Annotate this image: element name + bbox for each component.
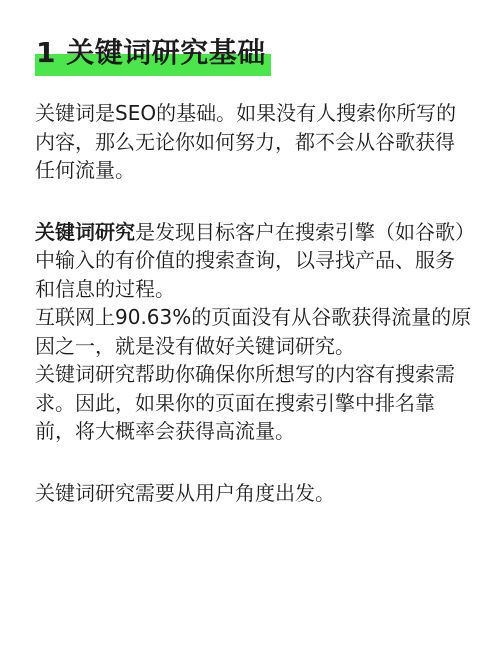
- keyword-research-bold-lead: 关键词研究: [35, 220, 135, 244]
- paragraph-keyword-intro: 关键词是SEO的基础。如果没有人搜索你所写的内容，那么无论你如何努力，都不会从谷…: [35, 99, 474, 185]
- paragraph-user-perspective: 关键词研究需要从用户角度出发。: [35, 479, 474, 508]
- article-page: 1 关键词研究基础 关键词是SEO的基础。如果没有人搜索你所写的内容，那么无论你…: [0, 0, 500, 658]
- paragraph-keyword-definition: 关键词研究是发现目标客户在搜索引擎（如谷歌）中输入的有价值的搜索查询，以寻找产品…: [35, 218, 474, 304]
- page-title: 1 关键词研究基础: [35, 34, 474, 72]
- paragraph-benefit: 关键词研究帮助你确保你所想写的内容有搜索需求。因此，如果你的页面在搜索引擎中排名…: [35, 360, 474, 446]
- title-highlight: 1 关键词研究基础: [35, 36, 271, 76]
- paragraph-statistic: 互联网上90.63%的页面没有从谷歌获得流量的原因之一，就是没有做好关键词研究。: [35, 303, 474, 360]
